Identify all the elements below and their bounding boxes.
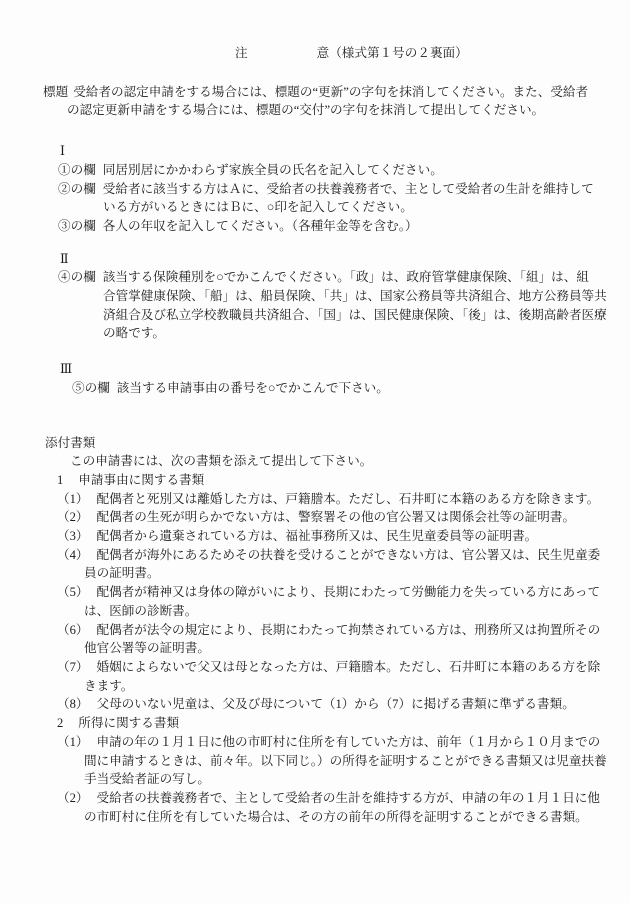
page-title: 注意（様式第１号の２裏面） [0,44,630,63]
attachment-item-2-1: （1）申請の年の１月１日に他の市町村に住所を有していた方は、前年（１月から１０月… [0,733,630,789]
item-text-2-2: 受給者の扶養義務者で、主として受給者の生計を維持する方が、申請の年の１月１日に他… [84,791,600,824]
column-note-3: ③の欄各人の年収を記入してください。（各種年金等を含む。） [0,217,630,236]
column-note-1: ①の欄同居別居にかかわらず家族全員の氏名を記入してください。 [0,161,630,180]
attachment-item-1-8: （8）父母のいない児童は、父及び母について（1）から（7）に掲げる書類に準ずる書… [0,695,630,714]
attachment-item-2-2: （2）受給者の扶養義務者で、主として受給者の生計を維持する方が、申請の年の１月１… [0,789,630,826]
attachment-item-1-2: （2）配偶者の生死が明らかでない方は、警察署その他の官公署又は関係会社等の証明書… [0,508,630,527]
attachments-heading: 添付書類 [45,434,630,453]
item-number-1-7: （7） [57,660,88,674]
item-text-1-7: 婚姻によらないで父又は母となった方は、戸籍謄本。ただし、石井町に本籍のある方を除… [84,660,600,693]
column-note-5: ⑤の欄該当する申請事由の番号を○でかこんで下さい。 [0,379,630,398]
hyodai-paragraph: 標題受給者の認定申請をする場合には、標題の“更新”の字句を抹消してください。また… [0,83,630,120]
hyodai-text: 受給者の認定申請をする場合には、標題の“更新”の字句を抹消してください。また、受… [67,85,588,118]
column-text-2: 受給者に該当する方はＡに、受給者の扶養義務者で、主として受給者の生計を維持して … [103,182,594,215]
item-number-1-8: （8） [57,697,88,711]
item-text-1-8: 父母のいない児童は、父及び母について（1）から（7）に掲げる書類に準ずる書類。 [96,697,574,711]
attachment-item-1-6: （6）配偶者が法令の規定により、長期にわたって拘禁されている方は、刑務所又は拘置… [0,621,630,658]
item-text-1-5: 配偶者が精神又は身体の障がいにより、長期にわたって労働能力を失っている方にあって… [84,585,600,618]
column-text-4: 該当する保険種別を○でかこんでください。「政」は、政府管掌健康保険、「組」は、組… [103,270,607,340]
item-number-1-5: （5） [57,585,88,599]
column-label-1: ①の欄 [58,163,96,177]
section-numeral-3: Ⅲ [60,360,630,379]
column-text-3: 各人の年収を記入してください。（各種年金等を含む。） [103,219,418,233]
item-text-2-1: 申請の年の１月１日に他の市町村に住所を有していた方は、前年（１月から１０月までの… [84,735,607,786]
column-text-1: 同居別居にかかわらず家族全員の氏名を記入してください。 [103,163,443,177]
hyodai-label: 標題 [43,85,68,99]
section-numeral-1: Ⅰ [60,142,630,161]
item-text-1-3: 配偶者から遺棄されている方は、福祉事務所又は、民生児童委員等の証明書。 [96,529,537,543]
item-number-2-1: （1） [57,735,88,749]
document-page: 注意（様式第１号の２裏面） 標題受給者の認定申請をする場合には、標題の“更新”の… [0,0,630,903]
attachment-item-1-5: （5）配偶者が精神又は身体の障がいにより、長期にわたって労働能力を失っている方に… [0,583,630,620]
item-text-1-1: 配偶者と死別又は離婚した方は、戸籍謄本。ただし、石井町に本籍のある方を除きます。 [96,492,599,506]
group-number-1: 1 [57,473,63,487]
column-note-2: ②の欄受給者に該当する方はＡに、受給者の扶養義務者で、主として受給者の生計を維持… [0,180,630,217]
section-numeral-2: Ⅱ [60,250,630,269]
item-number-1-3: （3） [57,529,88,543]
item-text-1-4: 配偶者が海外にあるためその扶養を受けることができない方は、官公署又は、民生児童委… [84,548,600,581]
group-title-1: 申請事由に関する書類 [78,473,204,487]
attachment-item-1-1: （1）配偶者と死別又は離婚した方は、戸籍謄本。ただし、石井町に本籍のある方を除き… [0,490,630,509]
attachments-intro: この申請書には、次の書類を添えて提出して下さい。 [70,452,630,471]
attachment-item-1-4: （4）配偶者が海外にあるためその扶養を受けることができない方は、官公署又は、民生… [0,546,630,583]
attachment-item-1-7: （7）婚姻によらないで父又は母となった方は、戸籍謄本。ただし、石井町に本籍のある… [0,658,630,695]
item-number-1-6: （6） [57,623,88,637]
column-label-3: ③の欄 [58,219,96,233]
title-left: 注 [235,46,248,60]
column-text-5: 該当する申請事由の番号を○でかこんで下さい。 [117,381,389,395]
item-number-2-2: （2） [57,791,88,805]
column-label-2: ②の欄 [58,182,96,196]
column-note-4: ④の欄該当する保険種別を○でかこんでください。「政」は、政府管掌健康保険、「組」… [0,268,630,343]
group-title-2: 所得に関する書類 [78,716,179,730]
group-number-2: 2 [57,716,63,730]
column-label-5: ⑤の欄 [72,381,110,395]
item-number-1-4: （4） [57,548,88,562]
item-number-1-2: （2） [57,510,88,524]
group-heading-1: 1申請事由に関する書類 [57,471,630,490]
column-label-4: ④の欄 [58,270,96,284]
item-number-1-1: （1） [57,492,88,506]
item-text-1-2: 配偶者の生死が明らかでない方は、警察署その他の官公署又は関係会社等の証明書。 [96,510,575,524]
item-text-1-6: 配偶者が法令の規定により、長期にわたって拘禁されている方は、刑務所又は拘置所その… [84,623,600,656]
group-heading-2: 2所得に関する書類 [57,714,630,733]
title-right: 意（様式第１号の２裏面） [317,46,468,60]
attachment-item-1-3: （3）配偶者から遺棄されている方は、福祉事務所又は、民生児童委員等の証明書。 [0,527,630,546]
